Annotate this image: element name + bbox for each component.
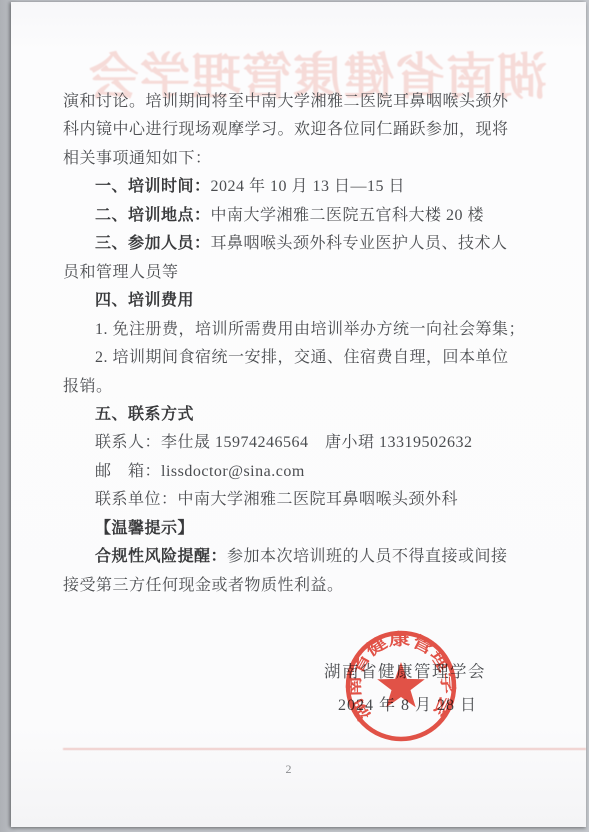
text-line: 四、培训费用 <box>63 287 535 315</box>
line-text: 邮 箱：lissdoctor@sina.com <box>95 463 305 480</box>
official-seal-stamp: 湖南省健康管理学会 <box>321 606 481 766</box>
text-line: 演和讨论。培训期间将至中南大学湘雅二医院耳鼻咽喉头颈外 <box>63 88 535 116</box>
line-text: 演和讨论。培训期间将至中南大学湘雅二医院耳鼻咽喉头颈外 <box>63 93 509 110</box>
document-body: 演和讨论。培训期间将至中南大学湘雅二医院耳鼻咽喉头颈外 科内镜中心进行现场观摩学… <box>63 88 535 600</box>
text-line: 报销。 <box>63 373 535 401</box>
line-text: 科内镜中心进行现场观摩学习。欢迎各位同仁踊跃参加，现将 <box>63 121 509 138</box>
line-text: 参加本次培训班的人员不得直接或间接 <box>227 548 508 565</box>
line-text: 2. 培训期间食宿统一安排，交通、住宿费自理，回本单位 <box>95 349 509 366</box>
document-page: 湖南省健康管理学会 演和讨论。培训期间将至中南大学湘雅二医院耳鼻咽喉头颈外 科内… <box>11 2 586 827</box>
line-heading: 三、参加人员： <box>95 235 211 252</box>
text-line: 三、参加人员：耳鼻咽喉头颈外科专业医护人员、技术人 <box>63 230 535 258</box>
line-text: 接受第三方任何现金或者物质性利益。 <box>63 577 344 594</box>
page-number: 2 <box>11 762 566 777</box>
text-line: 1. 免注册费，培训所需费用由培训举办方统一向社会筹集； <box>63 316 535 344</box>
text-line: 五、联系方式 <box>63 401 535 429</box>
line-heading: 【温馨提示】 <box>95 520 194 537</box>
text-line: 联系人：李仕晟 15974246564 唐小珺 13319502632 <box>63 429 535 457</box>
line-text: 耳鼻咽喉头颈外科专业医护人员、技术人 <box>211 235 508 252</box>
text-line: 邮 箱：lissdoctor@sina.com <box>63 458 535 486</box>
text-line: 联系单位：中南大学湘雅二医院耳鼻咽喉头颈外科 <box>63 486 535 514</box>
line-text: 中南大学湘雅二医院五官科大楼 20 楼 <box>211 207 485 224</box>
text-line: 【温馨提示】 <box>63 515 535 543</box>
line-text: 报销。 <box>63 378 113 395</box>
text-line: 接受第三方任何现金或者物质性利益。 <box>63 572 535 600</box>
text-line: 员和管理人员等 <box>63 259 535 287</box>
line-text: 1. 免注册费，培训所需费用由培训举办方统一向社会筹集； <box>95 321 525 338</box>
text-line: 一、培训时间：2024 年 10 月 13 日—15 日 <box>63 173 535 201</box>
line-text: 联系人：李仕晟 15974246564 唐小珺 13319502632 <box>95 434 473 451</box>
text-line: 二、培训地点：中南大学湘雅二医院五官科大楼 20 楼 <box>63 202 535 230</box>
line-heading: 五、联系方式 <box>95 406 194 423</box>
line-text: 相关事项通知如下： <box>63 150 212 167</box>
seal-star-icon <box>377 662 425 707</box>
line-text: 联系单位：中南大学湘雅二医院耳鼻咽喉头颈外科 <box>95 491 458 508</box>
line-heading: 四、培训费用 <box>95 292 194 309</box>
line-text: 员和管理人员等 <box>63 264 179 281</box>
line-text: 2024 年 10 月 13 日—15 日 <box>211 178 406 195</box>
text-line: 相关事项通知如下： <box>63 145 535 173</box>
line-heading: 一、培训时间： <box>95 178 211 195</box>
line-heading: 二、培训地点： <box>95 207 211 224</box>
text-line: 科内镜中心进行现场观摩学习。欢迎各位同仁踊跃参加，现将 <box>63 116 535 144</box>
text-line: 合规性风险提醒：参加本次培训班的人员不得直接或间接 <box>63 543 535 571</box>
line-heading: 合规性风险提醒： <box>95 548 227 565</box>
text-line: 2. 培训期间食宿统一安排，交通、住宿费自理，回本单位 <box>63 344 535 372</box>
